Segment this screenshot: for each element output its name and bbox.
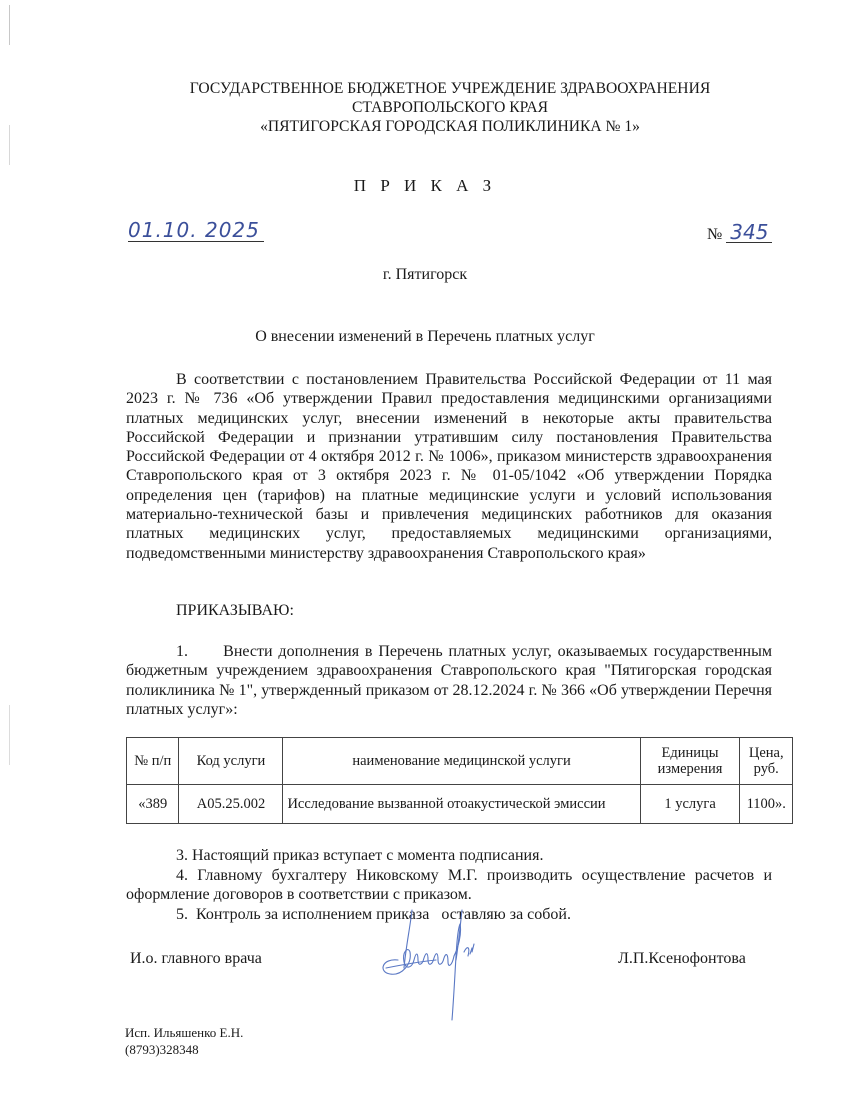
item-4-paragraph: 4. Главному бухгалтеру Никовскому М.Г. п…	[126, 866, 772, 905]
cell-code: A05.25.002	[179, 785, 283, 824]
organization-header: ГОСУДАРСТВЕННОЕ БЮДЖЕТНОЕ УЧРЕЖДЕНИЕ ЗДР…	[120, 79, 780, 136]
preamble-paragraph: В соответствии с постановлением Правител…	[126, 370, 772, 563]
header-name: наименование медицинской услуги	[283, 738, 640, 785]
handwritten-number: 345	[726, 222, 772, 243]
order-directive-word: ПРИКАЗЫВАЮ:	[176, 602, 294, 620]
signatory-name: Л.П.Ксенофонтова	[618, 950, 746, 968]
cell-price: 1100».	[740, 785, 793, 824]
table-header-row: № п/п Код услуги наименование медицинско…	[127, 738, 793, 785]
handwritten-signature-icon	[376, 908, 516, 1023]
cell-name: Исследование вызванной отоакустической э…	[283, 785, 640, 824]
executor-block: Исп. Ильяшенко Е.Н. (8793)328348	[125, 1024, 243, 1058]
org-header-line-1: ГОСУДАРСТВЕННОЕ БЮДЖЕТНОЕ УЧРЕЖДЕНИЕ ЗДР…	[120, 79, 780, 98]
header-code: Код услуги	[179, 738, 283, 785]
scan-edge-marks	[8, 5, 11, 765]
services-table: № п/п Код услуги наименование медицинско…	[126, 737, 793, 824]
header-num: № п/п	[127, 738, 179, 785]
document-type-title: П Р И К А З	[0, 176, 850, 196]
executor-name: Исп. Ильяшенко Е.Н.	[125, 1024, 243, 1041]
executor-phone: (8793)328348	[125, 1041, 243, 1058]
header-price: Цена, руб.	[740, 738, 793, 785]
org-header-line-3: «ПЯТИГОРСКАЯ ГОРОДСКАЯ ПОЛИКЛИНИКА № 1»	[120, 117, 780, 136]
table-row: «389 A05.25.002 Исследование вызванной о…	[127, 785, 793, 824]
handwritten-date: 01.10. 2025	[128, 219, 264, 242]
item-3-paragraph: 3. Настоящий приказ вступает с момента п…	[126, 846, 772, 865]
order-number: №345	[707, 222, 772, 246]
signatory-role: И.о. главного врача	[130, 950, 262, 968]
header-unit: Единицы измерения	[640, 738, 740, 785]
document-page: ГОСУДАРСТВЕННОЕ БЮДЖЕТНОЕ УЧРЕЖДЕНИЕ ЗДР…	[0, 0, 850, 1100]
org-header-line-2: СТАВРОПОЛЬСКОГО КРАЯ	[120, 98, 780, 117]
cell-num: «389	[127, 785, 179, 824]
item-1-paragraph: 1. Внести дополнения в Перечень платных …	[126, 642, 772, 719]
subject-line: О внесении изменений в Перечень платных …	[0, 328, 850, 346]
cell-unit: 1 услуга	[640, 785, 740, 824]
number-label: №	[707, 226, 722, 243]
city-line: г. Пятигорск	[0, 266, 850, 284]
